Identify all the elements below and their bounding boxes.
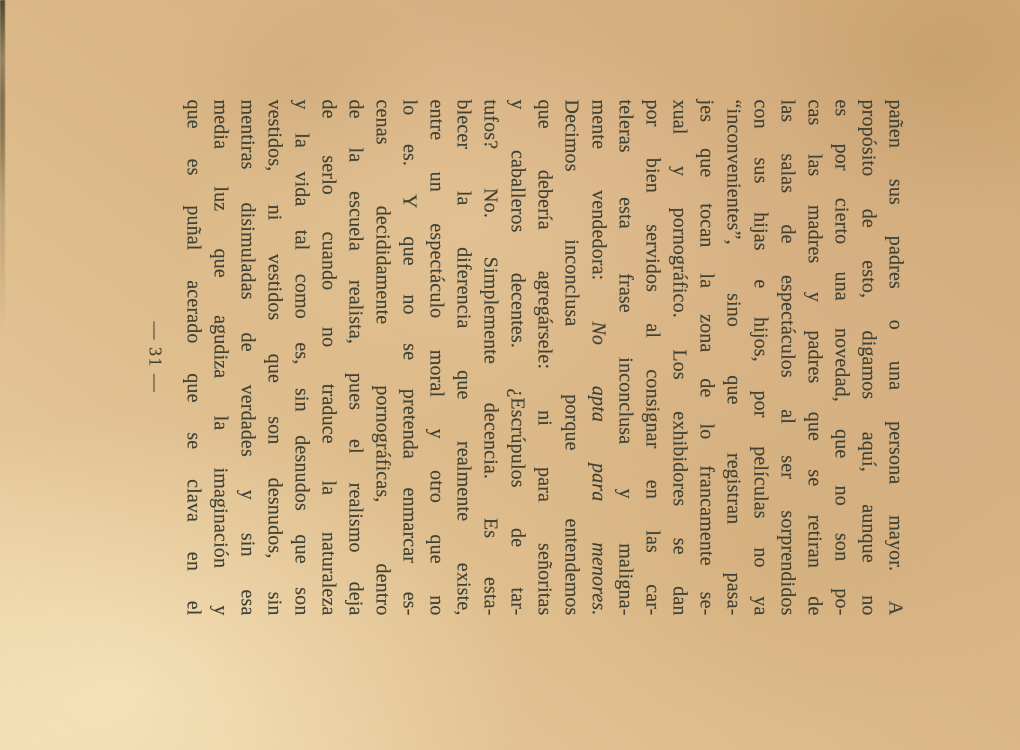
text-line: entre un espectáculo moral y otro que no <box>423 100 450 616</box>
text-line: jes que tocan la zona de lo francamente … <box>693 100 720 616</box>
text-line: lo es. Y que no se pretenda enmarcar es- <box>396 100 423 616</box>
text-line: mentiras disimuladas de verdades y sin e… <box>234 100 261 616</box>
text-line: es por cierto una novedad, que no son po… <box>828 100 855 616</box>
text-line: teleras esta frase inconclusa y maligna- <box>612 100 639 616</box>
paragraph: pañen sus padres o una persona mayor. Ap… <box>180 100 909 616</box>
text-line: tufos? No. Simplemente decencia. Es esta… <box>477 100 504 616</box>
text-line: mente vendedora: No apta para menores. <box>585 100 612 616</box>
text-line: “inconvenientes”, sino que registran pas… <box>720 100 747 616</box>
text-line: y caballeros decentes. ¿Escrúpulos de ta… <box>504 100 531 616</box>
page-text-block: pañen sus padres o una persona mayor. Ap… <box>134 100 909 616</box>
text-line: vestidos, ni vestidos que son desnudos, … <box>261 100 288 616</box>
text-line: con sus hijas e hijos, por películas no … <box>747 100 774 616</box>
text-line: xual y pornográfico. Los exhibidores se … <box>666 100 693 616</box>
text-line: blecer la diferencia que realmente exist… <box>450 100 477 616</box>
text-line: de la escuela realista, pues el realismo… <box>342 100 369 616</box>
text-line: las salas de espectáculos al ser sorpren… <box>774 100 801 616</box>
italic-phrase: No apta para menores. <box>588 321 610 615</box>
text-segment: mente vendedora: <box>588 100 610 322</box>
text-line: por bien servidos al consignar en las ca… <box>639 100 666 616</box>
text-line: de serlo cuando no traduce la naturaleza <box>315 100 342 616</box>
text-line: cenas decididamente pornográficas, dentr… <box>369 100 396 616</box>
scanned-book-page: pañen sus padres o una persona mayor. Ap… <box>0 0 1020 750</box>
text-line: propósito de esto, digamos aquí, aunque … <box>855 100 882 616</box>
text-line: cas las madres y padres que se retiran d… <box>801 100 828 616</box>
text-line: Decimos inconclusa porque entendemos <box>558 100 585 616</box>
page-number: — 31 — <box>144 100 168 616</box>
text-line: pañen sus padres o una persona mayor. A <box>882 100 909 616</box>
text-line: media luz que agudiza la imaginación y <box>207 100 234 616</box>
text-line: y la vida tal como es, sin desnudos que … <box>288 100 315 616</box>
text-line: que es puñal acerado que se clava en el <box>180 100 207 616</box>
text-line: que debería agregársele: ni para señorit… <box>531 100 558 616</box>
book-edge-shadow <box>0 0 5 330</box>
